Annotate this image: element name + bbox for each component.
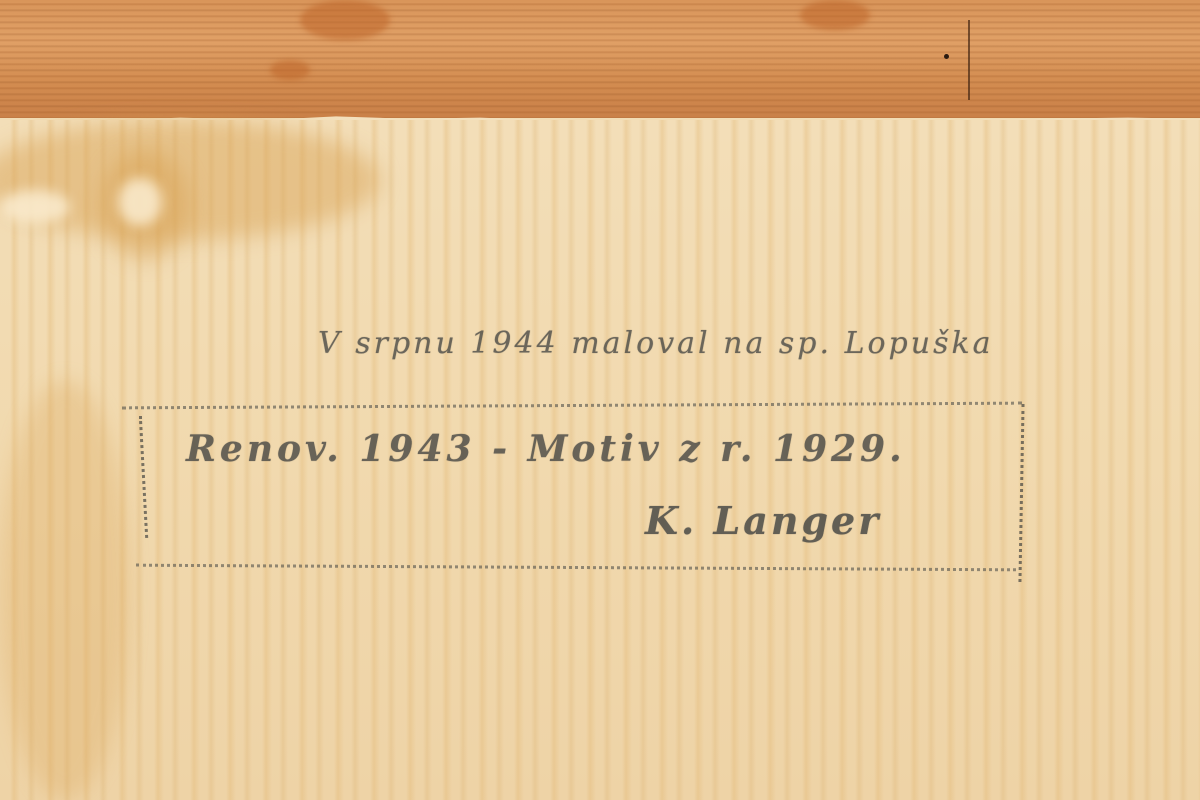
nail-hole xyxy=(944,54,949,59)
wood-knot xyxy=(800,0,870,30)
water-stain xyxy=(0,380,130,800)
artist-signature: K. Langer xyxy=(645,498,881,543)
paper-light-patch xyxy=(0,190,70,224)
wood-knot xyxy=(270,60,310,80)
wood-knot xyxy=(300,0,390,40)
water-stain xyxy=(0,120,380,240)
inscription-line-1: V srpnu 1944 maloval na sp. Lopuška xyxy=(318,326,994,361)
wooden-frame-strip xyxy=(0,0,1200,118)
paper-light-patch xyxy=(118,178,162,226)
inscription-line-2: Renov. 1943 - Motiv z r. 1929. xyxy=(186,428,906,470)
wood-crack xyxy=(968,20,970,100)
